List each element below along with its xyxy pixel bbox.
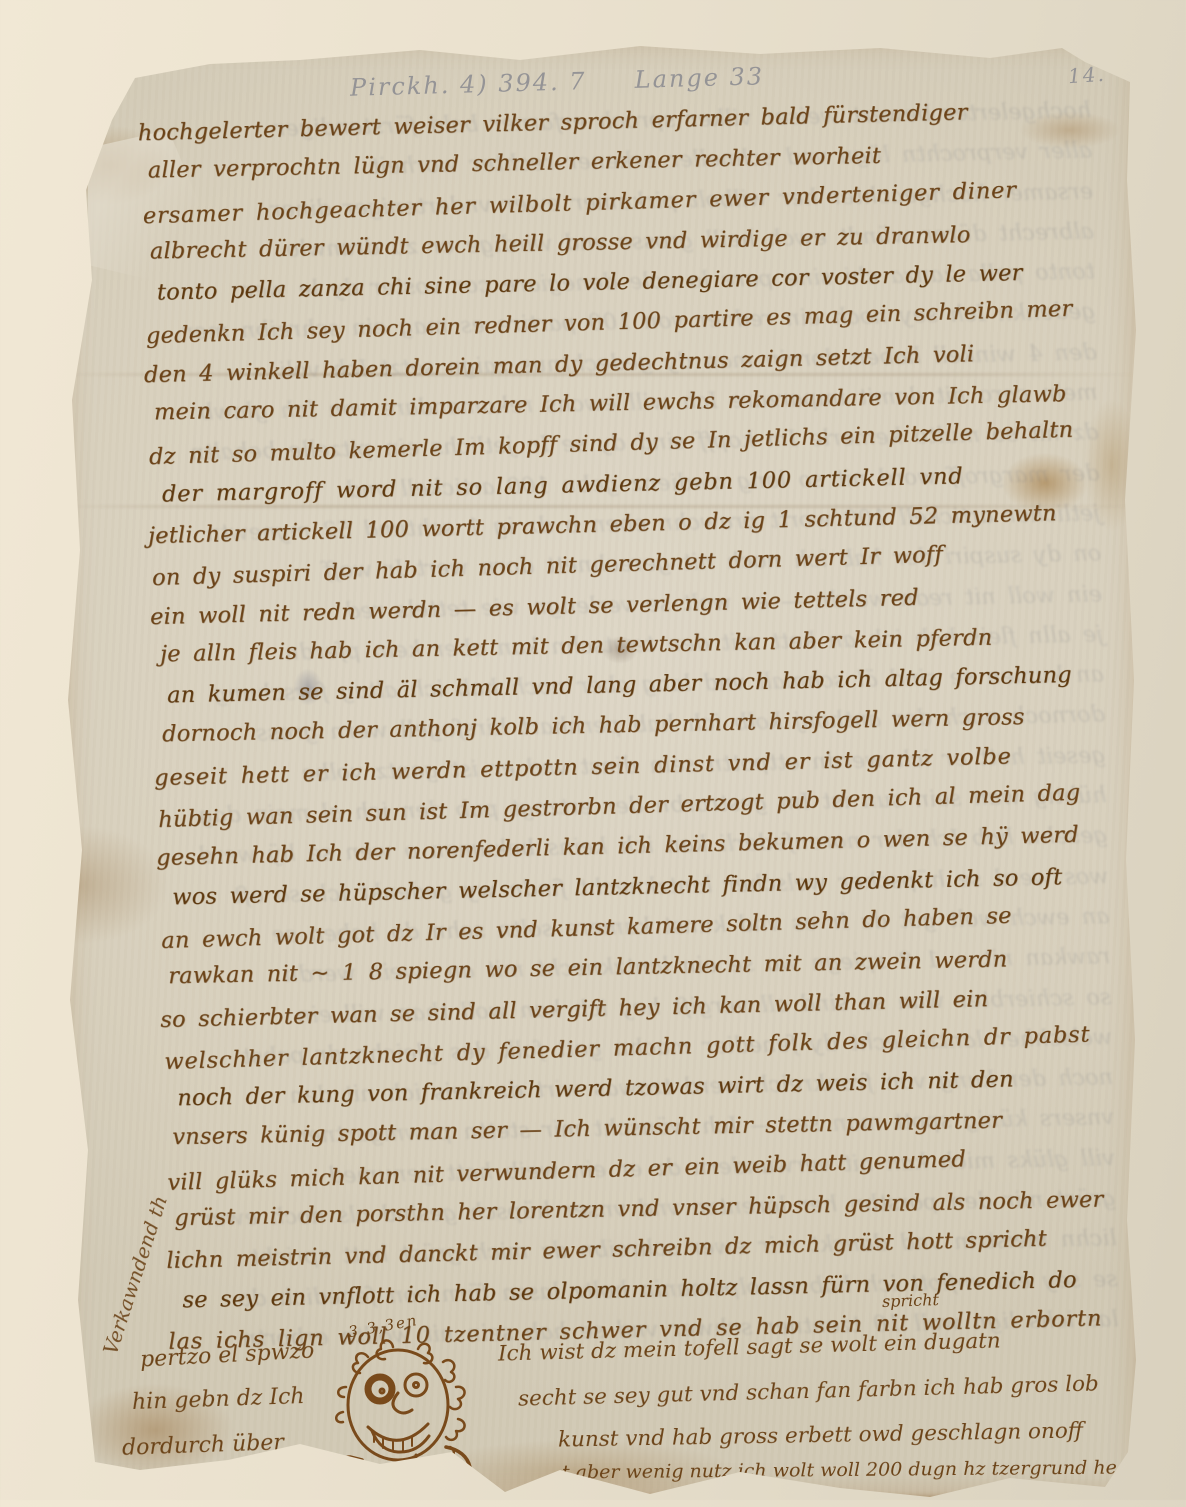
grinning-face-doodle xyxy=(298,1327,513,1500)
margin-note-vertical: Verkawndend th xyxy=(98,1192,172,1357)
margin-note-line: dordurch über xyxy=(122,1430,285,1461)
photo-mat: Pirckh. 4) 394. 7 Lange 33 14. hochgeler… xyxy=(0,0,1186,1500)
manuscript-text: hochgelerter bewert weiser vilker sproch… xyxy=(137,89,1120,1362)
manuscript-line: t aber wenig nutz ich wolt woll 200 dugn… xyxy=(562,1457,1117,1484)
pencil-annotation: Pirckh. 4) 394. 7 Lange 33 xyxy=(350,62,765,102)
interlinear-word: spricht xyxy=(882,1290,940,1311)
manuscript-line: secht se sey gut vnd schan fan farbn ich… xyxy=(518,1371,1099,1411)
page-number-annotation: 14. xyxy=(1067,62,1106,89)
margin-note-line: hin gebn dz Ich xyxy=(132,1384,305,1415)
margin-note-line: pertzo el spwzo xyxy=(139,1338,314,1372)
manuscript-line: kunst vnd hab gross erbett owd geschlagn… xyxy=(558,1418,1083,1452)
paper-sheet: Pirckh. 4) 394. 7 Lange 33 14. hochgeler… xyxy=(60,35,1142,1497)
